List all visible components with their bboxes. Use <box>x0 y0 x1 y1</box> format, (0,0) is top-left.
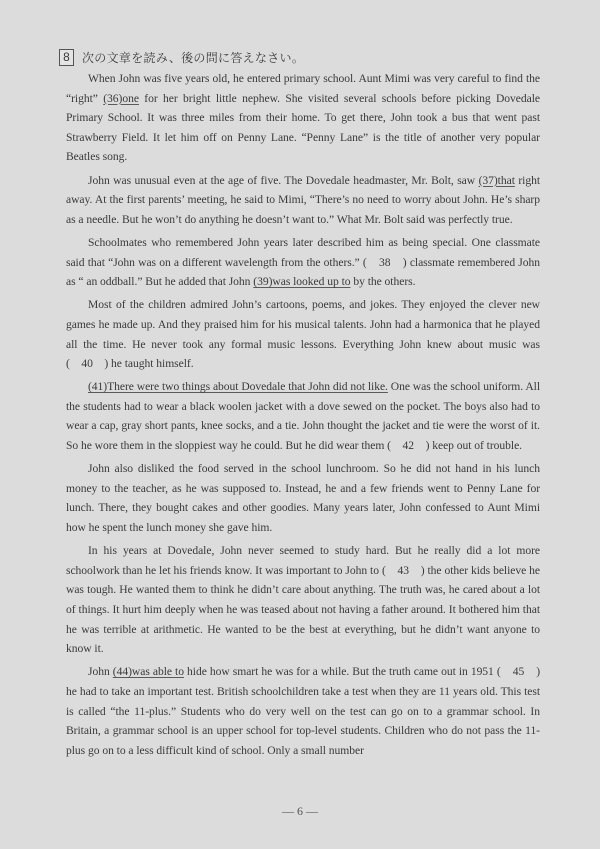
passage-text: the other kids believe he was tough. He … <box>66 564 540 655</box>
passage-text: hide how smart he was for a while. But t… <box>184 665 497 678</box>
reading-passage: When John was five years old, he entered… <box>66 69 540 760</box>
passage-text: John was unusual even at the age of five… <box>88 174 479 187</box>
passage-text: keep out of trouble. <box>429 439 522 452</box>
passage-paragraph: In his years at Dovedale, John never see… <box>66 541 540 659</box>
underlined-question-phrase: (36)one <box>103 92 139 105</box>
answer-blank: ( 43 ) <box>382 564 425 577</box>
page-number: — 6 — <box>0 804 600 819</box>
underlined-question-phrase: (39)was looked up to <box>253 275 350 288</box>
passage-text: Most of the children admired John’s cart… <box>66 298 540 350</box>
passage-paragraph: John also disliked the food served in th… <box>66 459 540 537</box>
exam-page: 8 次の文章を読み、後の問に答えなさい。 When John was five … <box>66 47 540 764</box>
passage-text: John <box>88 665 113 678</box>
underlined-question-phrase: (44)was able to <box>113 665 184 678</box>
passage-paragraph: Most of the children admired John’s cart… <box>66 295 540 373</box>
passage-paragraph: (41)There were two things about Dovedale… <box>66 377 540 455</box>
passage-paragraph: When John was five years old, he entered… <box>66 69 540 167</box>
answer-blank: ( 45 ) <box>497 665 540 678</box>
answer-blank: ( 38 ) <box>363 256 407 269</box>
passage-paragraph: John (44)was able to hide how smart he w… <box>66 662 540 760</box>
passage-text: by the others. <box>351 275 416 288</box>
passage-paragraph: John was unusual even at the age of five… <box>66 171 540 230</box>
underlined-question-phrase: (37)that <box>479 174 515 187</box>
answer-blank: ( 42 ) <box>387 439 429 452</box>
passage-text: he taught himself. <box>108 357 193 370</box>
question-heading: 8 次の文章を読み、後の問に答えなさい。 <box>66 47 540 67</box>
question-instruction: 次の文章を読み、後の問に答えなさい。 <box>82 49 304 66</box>
passage-paragraph: Schoolmates who remembered John years la… <box>66 233 540 292</box>
underlined-question-phrase: (41)There were two things about Dovedale… <box>88 380 388 393</box>
question-number-box: 8 <box>59 49 74 66</box>
passage-text: he had to take an important test. Britis… <box>66 685 540 757</box>
passage-text: John also disliked the food served in th… <box>66 462 540 534</box>
answer-blank: ( 40 ) <box>66 357 108 370</box>
